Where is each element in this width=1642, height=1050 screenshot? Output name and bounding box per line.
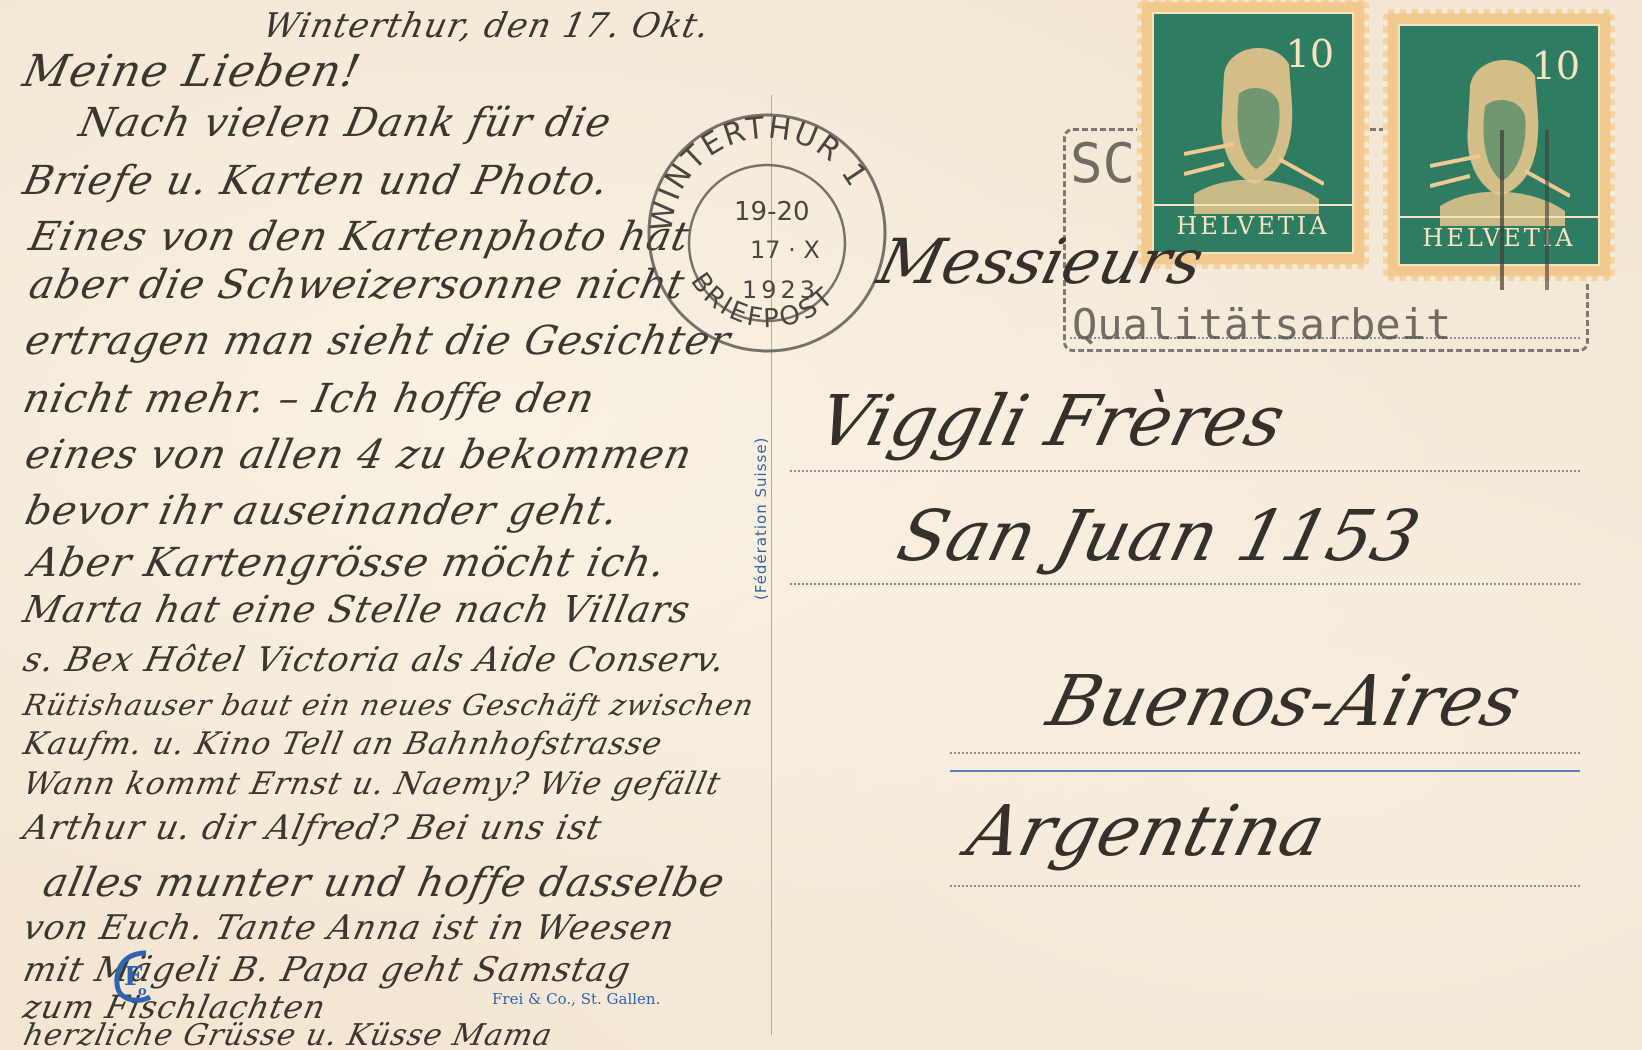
address-salutation: Messieurs (871, 225, 1211, 298)
letter-line: von Euch. Tante Anna ist in Weesen (20, 908, 679, 948)
stamp-face: 10 HELVETIA (1398, 24, 1600, 266)
stamp-face: 10 HELVETIA (1152, 12, 1354, 254)
stamp-country: HELVETIA (1400, 216, 1598, 258)
letter-dateline: Winterthur, den 17. Okt. (260, 6, 714, 46)
letter-line: Nach vielen Dank für die (75, 100, 616, 146)
letter-line: Arthur u. dir Alfred? Bei uns ist (20, 808, 606, 848)
letter-line: Eines von den Kartenphoto hat (25, 214, 694, 260)
address-line-4: Argentina (960, 790, 1333, 872)
letter-line: Kaufm. u. Kino Tell an Bahnhofstrasse (20, 726, 666, 762)
address-line-1: Viggli Frères (810, 380, 1293, 462)
address-line-2: San Juan 1153 (890, 495, 1428, 577)
publisher-imprint: Frei & Co., St. Gallen. (492, 990, 660, 1008)
letter-line: bevor ihr auseinander geht. (21, 488, 623, 534)
postage-stamp: 10 HELVETIA (1388, 14, 1610, 276)
letter-line: eines von allen 4 zu bekommen (21, 432, 696, 478)
letter-greeting: Meine Lieben! (19, 46, 366, 97)
letter-line: alles munter und hoffe dasselbe (39, 860, 729, 906)
letter-line: nicht mehr. – Ich hoffe den (19, 376, 599, 422)
divider-imprint: (Fédération Suisse) (752, 437, 770, 600)
stamp-value: 10 (1286, 32, 1334, 76)
publisher-logo: F o (110, 945, 158, 1005)
svg-text:o: o (138, 984, 147, 999)
postmark: WINTERTHUR 1 BRIEFPOST 19-20 17 · X 1923 (642, 108, 892, 358)
address-line-3: Buenos-Aires (1040, 660, 1529, 742)
letter-line: s. Bex Hôtel Victoria als Aide Conserv. (20, 640, 729, 680)
cancel-bar (1500, 130, 1504, 290)
postcard: Winterthur, den 17. Okt. Meine Lieben! N… (0, 0, 1642, 1050)
publisher-logo-icon: F o (110, 945, 158, 1007)
postmark-year: 1923 (742, 276, 819, 304)
letter-line: Marta hat eine Stelle nach Villars (19, 588, 694, 631)
stamp-value: 10 (1532, 44, 1580, 88)
cancel-bar (1545, 130, 1549, 290)
letter-line: aber die Schweizersonne nicht (25, 262, 689, 308)
address-line-rule (950, 752, 1580, 754)
letter-line: Wann kommt Ernst u. Naemy? Wie gefällt (20, 766, 724, 802)
machine-cancel-text: Qualitätsarbeit (1072, 300, 1451, 349)
letter-line: Rütishauser baut ein neues Geschäft zwis… (20, 688, 757, 722)
letter-line: ertragen man sieht die Gesichter (21, 318, 735, 364)
address-line-rule (790, 470, 1580, 472)
letter-signoff: herzliche Grüsse u. Küsse Mama (20, 1018, 555, 1050)
postmark-date: 17 · X (750, 236, 820, 264)
postmark-time: 19-20 (734, 197, 810, 227)
address-line-rule (950, 885, 1580, 887)
letter-line: Aber Kartengrösse möcht ich. (25, 540, 670, 586)
address-underline (950, 770, 1580, 772)
address-line-rule (790, 583, 1580, 585)
letter-line: Briefe u. Karten und Photo. (19, 158, 613, 204)
